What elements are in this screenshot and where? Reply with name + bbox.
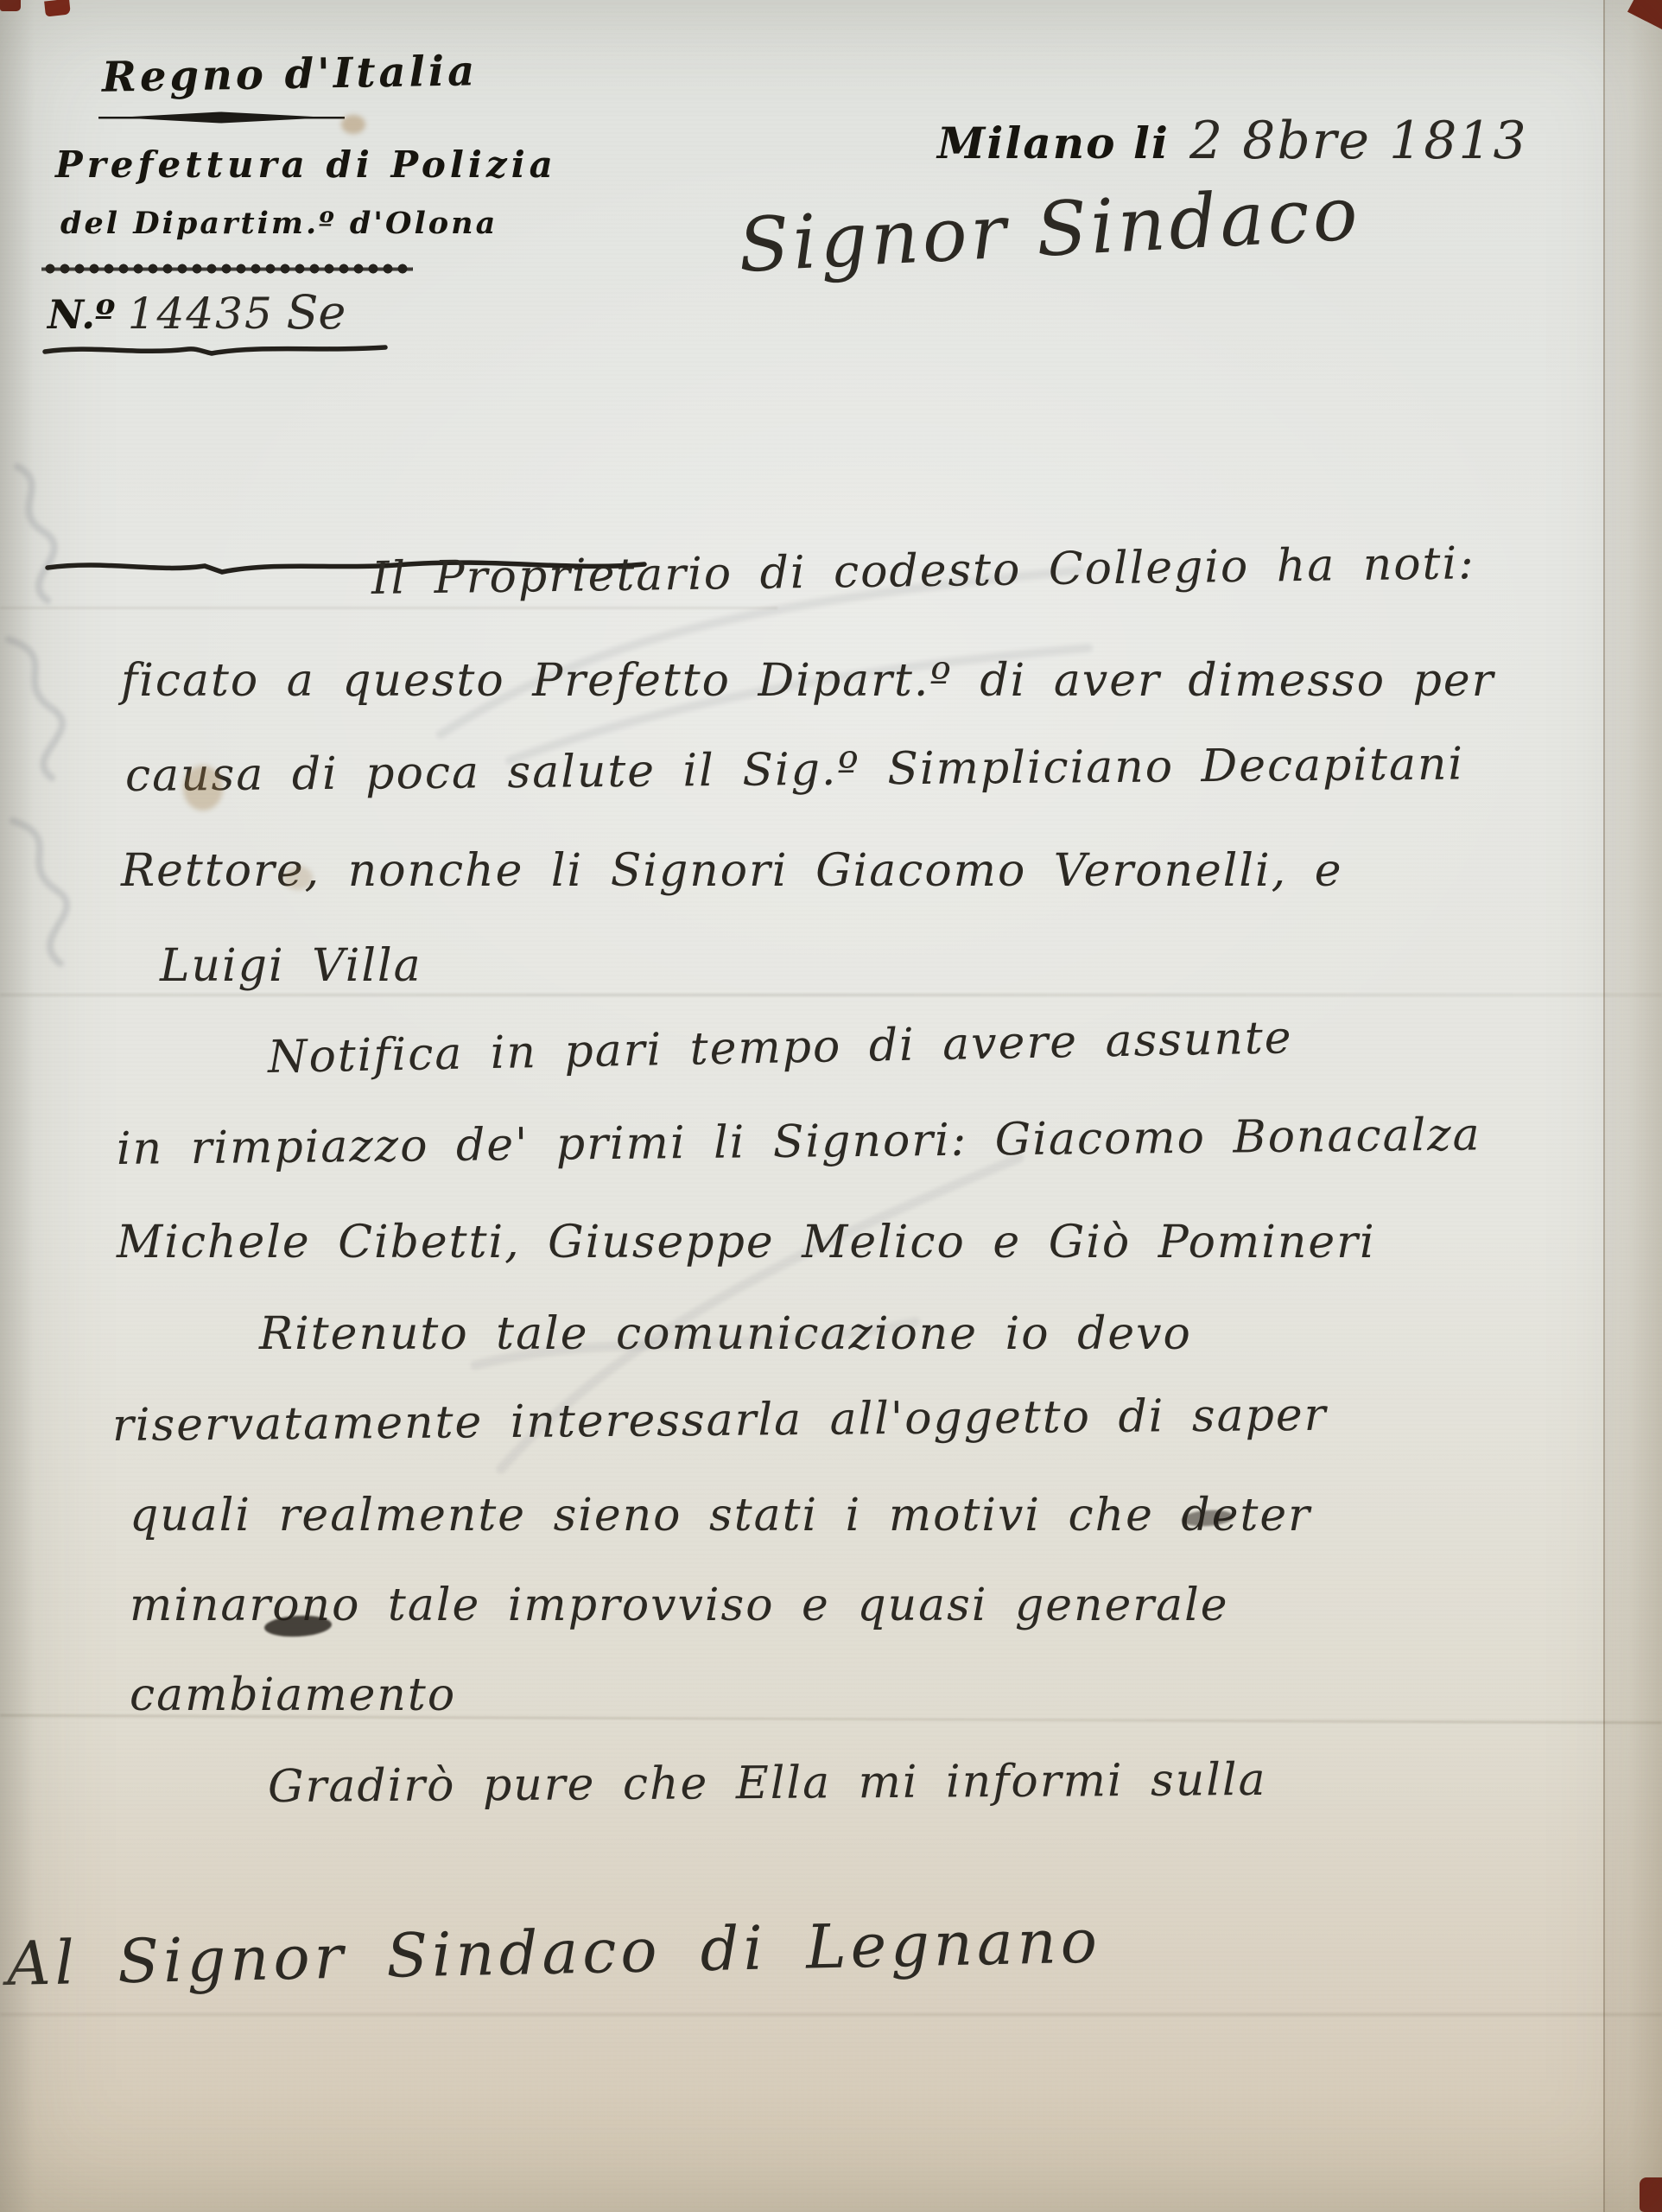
letter-page: Regno d'Italia Prefettura di Polizia del… (0, 0, 1662, 2212)
scan-vignette (0, 0, 1662, 2212)
